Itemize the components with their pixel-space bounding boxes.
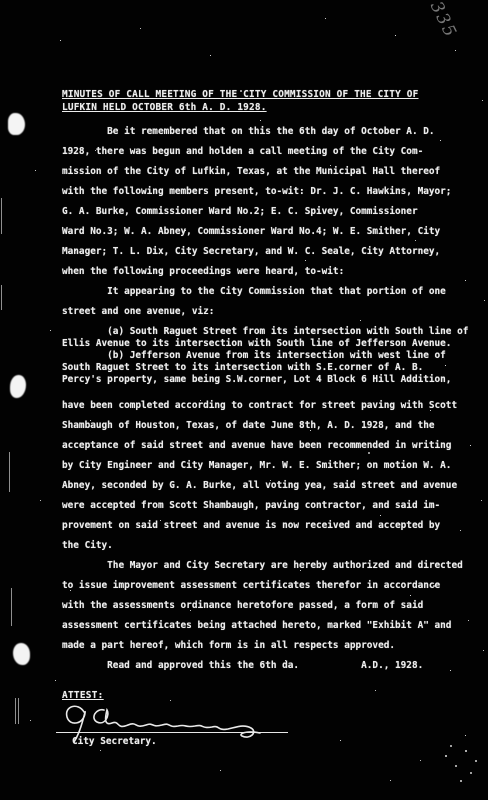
- punch-hole: [10, 375, 26, 398]
- text-line: 1928, there was begun and holden a call …: [62, 142, 476, 162]
- film-noise: [0, 0, 2, 2]
- film-scratch: [11, 588, 12, 626]
- text-line: by City Engineer and City Manager, Mr. W…: [62, 456, 476, 476]
- film-scratch: [9, 452, 10, 492]
- text-line: It appearing to the City Commission that…: [62, 282, 476, 302]
- document-body: MINUTES OF CALL MEETING OF THE CITY COMM…: [62, 88, 476, 748]
- text-line: the City.: [62, 536, 476, 556]
- paragraph-intro: Be it remembered that on this the 6th da…: [62, 122, 476, 282]
- text-line: to issue improvement assessment certific…: [62, 576, 476, 596]
- text-line: Ellis Avenue to its intersection with So…: [62, 338, 476, 350]
- text-line: with the following members present, to-w…: [62, 182, 476, 202]
- scanned-minutes-page: 335 MINUTES OF CALL MEETING OF THE CITY …: [0, 0, 488, 800]
- text-line: South Raguet Street to its intersection …: [62, 362, 476, 374]
- text-line: Ward No.3; W. A. Abney, Commissioner War…: [62, 222, 476, 242]
- text-line: street and one avenue, viz:: [62, 302, 476, 322]
- film-scratch: [15, 698, 16, 724]
- punch-hole: [13, 643, 30, 665]
- text-line: mission of the City of Lufkin, Texas, at…: [62, 162, 476, 182]
- text-line: Read and approved this the 6th da. A.D.,…: [62, 656, 476, 676]
- text-line: Manager; T. L. Dix, City Secretary, and …: [62, 242, 476, 262]
- text-line: acceptance of said street and avenue hav…: [62, 436, 476, 456]
- paragraph-street-items: (a) South Raguet Street from its interse…: [62, 326, 476, 386]
- document-title: MINUTES OF CALL MEETING OF THE CITY COMM…: [62, 88, 476, 114]
- film-scratch: [18, 698, 19, 724]
- closing-line: Read and approved this the 6th da. A.D.,…: [62, 656, 476, 676]
- text-line: made a part hereof, which form is in all…: [62, 636, 476, 656]
- paragraph-authorization: The Mayor and City Secretary are hereby …: [62, 556, 476, 656]
- text-line: Abney, seconded by G. A. Burke, all voti…: [62, 476, 476, 496]
- paragraph-completed: have been completed according to contrac…: [62, 396, 476, 556]
- text-line: Be it remembered that on this the 6th da…: [62, 122, 476, 142]
- handwritten-page-number: 335: [425, 0, 460, 42]
- text-line: MINUTES OF CALL MEETING OF THE CITY COMM…: [62, 88, 476, 101]
- signature-title: City Secretary.: [62, 736, 476, 748]
- text-line: provement on said street and avenue is n…: [62, 516, 476, 536]
- text-line: with the assessments ordinance heretofor…: [62, 596, 476, 616]
- text-line: when the following proceedings were hear…: [62, 262, 476, 282]
- paragraph-appearing: It appearing to the City Commission that…: [62, 282, 476, 322]
- film-scratch: [1, 285, 2, 310]
- text-line: The Mayor and City Secretary are hereby …: [62, 556, 476, 576]
- text-line: Shambaugh of Houston, Texas, of date Jun…: [62, 416, 476, 436]
- text-line: Percy's property, same being S.W.corner,…: [62, 374, 476, 386]
- text-line: G. A. Burke, Commissioner Ward No.2; E. …: [62, 202, 476, 222]
- text-line: (a) South Raguet Street from its interse…: [62, 326, 476, 338]
- punch-hole: [8, 113, 25, 135]
- text-line: assessment certificates being attached h…: [62, 616, 476, 636]
- text-line: have been completed according to contrac…: [62, 396, 476, 416]
- attest-block: ATTEST: City Secretary.: [62, 690, 476, 748]
- film-scratch: [1, 198, 2, 234]
- text-line: (b) Jefferson Avenue from its intersecti…: [62, 350, 476, 362]
- text-line: LUFKIN HELD OCTOBER 6th A. D. 1928.: [62, 101, 476, 114]
- text-line: were accepted from Scott Shambaugh, pavi…: [62, 496, 476, 516]
